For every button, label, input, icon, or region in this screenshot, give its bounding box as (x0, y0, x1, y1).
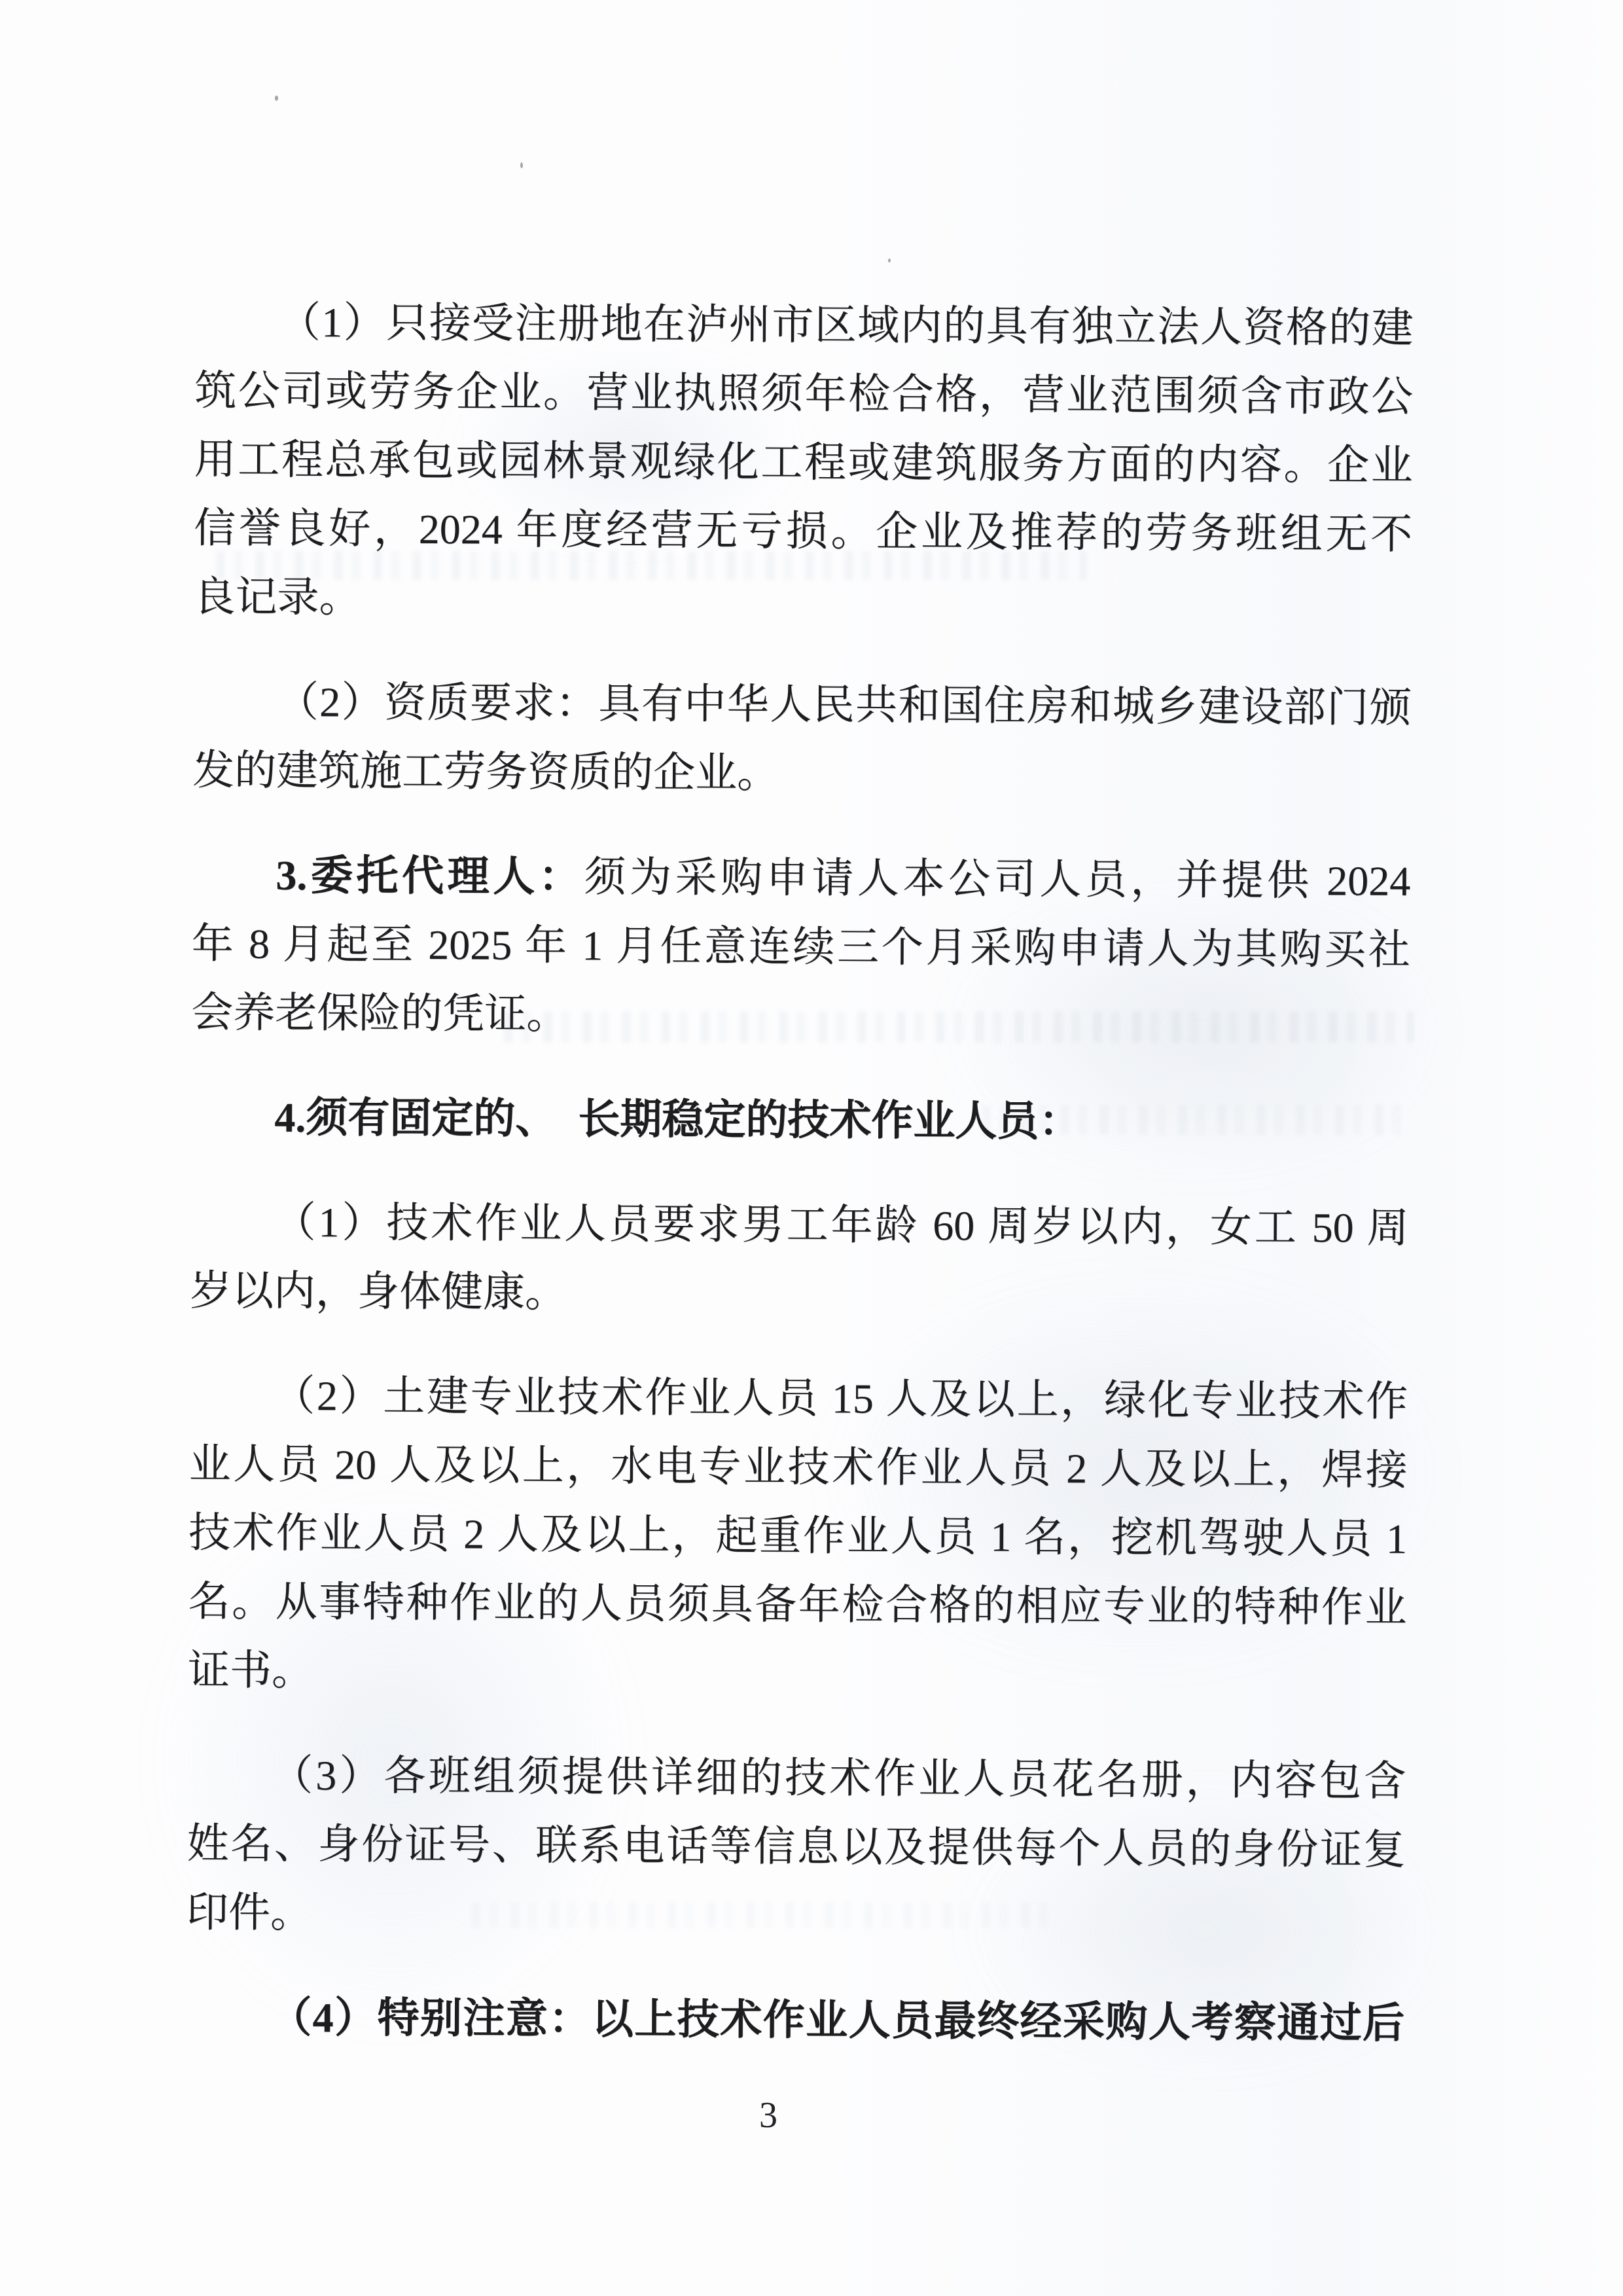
text-line: 业人员 20 人及以上，水电专业技术作业人员 2 人及以上，焊接 (188, 1429, 1408, 1505)
paragraph-3: 3.委托代理人：须为采购申请人本公司人员，并提供 2024 年 8 月起至 20… (191, 840, 1411, 1053)
page-number: 3 (0, 2096, 1580, 2135)
scan-speck (275, 96, 278, 101)
bold-run: 特别注意： (377, 1995, 592, 2043)
text-line: 技术作业人员 2 人及以上，起重作业人员 1 名，挖机驾驶人员 1 (188, 1498, 1408, 1573)
text-line: 发的建筑施工劳务资质的企业。 (192, 736, 1412, 811)
text-line: 印件。 (187, 1878, 1406, 1953)
text-line: 良记录。 (193, 562, 1412, 637)
paragraph-5: （1）技术作业人员要求男工年龄 60 周岁以内，女工 50 周 岁以内，身体健康… (190, 1187, 1409, 1331)
text-line: 姓名、身份证号、联系电话等信息以及提供每个人员的身份证复 (187, 1809, 1406, 1884)
paragraph-6: （2）土建专业技术作业人员 15 人及以上，绿化专业技术作 业人员 20 人及以… (188, 1361, 1408, 1711)
text-line: 用工程总承包或园林景观绿化工程或建筑服务方面的内容。企业 (194, 425, 1413, 500)
scan-speck (520, 162, 523, 168)
text-line: （4）特别注意：以上技术作业人员最终经采购人考察通过后劳务 (186, 1982, 1405, 2058)
text-line: 岁以内，身体健康。 (190, 1256, 1409, 1331)
heading-line: 4.须有固定的、 长期稳定的技术作业人员： (190, 1083, 1410, 1158)
bold-run: 3.委托代理人： (276, 852, 584, 900)
text-line: （2）土建专业技术作业人员 15 人及以上，绿化专业技术作 (189, 1361, 1408, 1436)
text-run: 须为采购申请人本公司人员，并提供 2024 (584, 853, 1410, 905)
paragraph-8: （4）特别注意：以上技术作业人员最终经采购人考察通过后劳务 (186, 1982, 1405, 2058)
paragraph-4-heading: 4.须有固定的、 长期稳定的技术作业人员： (190, 1083, 1410, 1158)
text-line: 名。从事特种作业的人员须具备年检合格的相应专业的特种作业 (188, 1567, 1407, 1642)
text-line: 年 8 月起至 2025 年 1 月任意连续三个月采购申请人为其购买社 (191, 909, 1410, 984)
paragraph-2: （2）资质要求：具有中华人民共和国住房和城乡建设部门颁 发的建筑施工劳务资质的企… (192, 667, 1412, 811)
text-line: 信誉良好，2024 年度经营无亏损。企业及推荐的劳务班组无不 (194, 493, 1413, 569)
text-line: 3.委托代理人：须为采购申请人本公司人员，并提供 2024 (192, 840, 1411, 916)
text-line: （2）资质要求：具有中华人民共和国住房和城乡建设部门颁 (192, 667, 1412, 742)
text-line: （1）只接受注册地在泸州市区域内的具有独立法人资格的建 (194, 287, 1414, 363)
text-line: 筑公司或劳务企业。营业执照须年检合格，营业范围须含市政公 (194, 356, 1414, 431)
document-body: （1）只接受注册地在泸州市区域内的具有独立法人资格的建 筑公司或劳务企业。营业执… (186, 287, 1414, 2058)
text-line: 会养老保险的凭证。 (191, 978, 1410, 1053)
scanned-document-page: （1）只接受注册地在泸州市区域内的具有独立法人资格的建 筑公司或劳务企业。营业执… (0, 0, 1623, 2296)
scan-speck (888, 259, 891, 262)
paragraph-1: （1）只接受注册地在泸州市区域内的具有独立法人资格的建 筑公司或劳务企业。营业执… (193, 287, 1414, 637)
text-line: （1）技术作业人员要求男工年龄 60 周岁以内，女工 50 周 (190, 1187, 1409, 1263)
text-line: 证书。 (188, 1636, 1407, 1711)
text-line: （3）各班组须提供详细的技术作业人员花名册，内容包含 (187, 1740, 1406, 1816)
paragraph-7: （3）各班组须提供详细的技术作业人员花名册，内容包含 姓名、身份证号、联系电话等… (187, 1740, 1406, 1953)
numbering-run: （4） (270, 1994, 378, 2041)
